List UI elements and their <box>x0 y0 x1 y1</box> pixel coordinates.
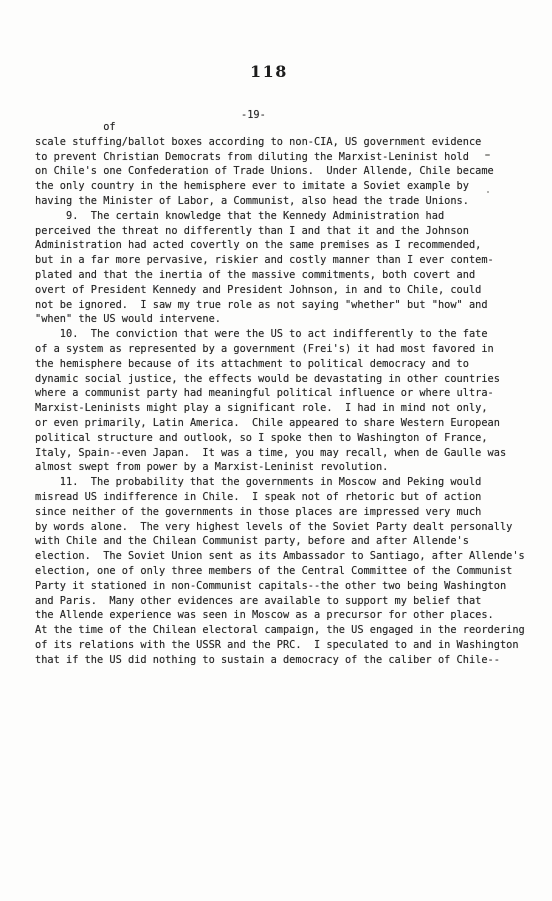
scan-artifact <box>485 154 490 156</box>
text-line: by words alone. The very highest levels … <box>35 520 540 535</box>
text-line: that if the US did nothing to sustain a … <box>35 653 540 668</box>
text-line: "when" the US would intervene. <box>35 312 540 327</box>
text-line: the Allende experience was seen in Mosco… <box>35 608 540 623</box>
text-line: but in a far more pervasive, riskier and… <box>35 253 540 268</box>
text-line: almost swept from power by a Marxist-Len… <box>35 460 540 475</box>
text-line: Marxist-Leninists might play a significa… <box>35 401 540 416</box>
text-line: 11. The probability that the governments… <box>35 475 540 490</box>
text-line: not be ignored. I saw my true role as no… <box>35 298 540 313</box>
text-line: At the time of the Chilean electoral cam… <box>35 623 540 638</box>
text-line: overt of President Kennedy and President… <box>35 283 540 298</box>
text-line: and Paris. Many other evidences are avai… <box>35 594 540 609</box>
scan-artifact <box>487 191 489 193</box>
text-line: 9. The certain knowledge that the Kenned… <box>35 209 540 224</box>
text-line: the hemisphere because of its attachment… <box>35 357 540 372</box>
text-line: Administration had acted covertly on the… <box>35 238 540 253</box>
text-line: since neither of the governments in thos… <box>35 505 540 520</box>
document-page: 118 -19- of scale stuffing/ballot boxes … <box>0 0 552 901</box>
text-line: plated and that the inertia of the massi… <box>35 268 540 283</box>
text-line: of its relations with the USSR and the P… <box>35 638 540 653</box>
text-line: where a communist party had meaningful p… <box>35 386 540 401</box>
text-line: the only country in the hemisphere ever … <box>35 179 540 194</box>
text-line: Italy, Spain--even Japan. It was a time,… <box>35 446 540 461</box>
document-body: of scale stuffing/ballot boxes according… <box>35 120 540 667</box>
text-line: Party it stationed in non-Communist capi… <box>35 579 540 594</box>
text-line: election. The Soviet Union sent as its A… <box>35 549 540 564</box>
text-line: of a system as represented by a governme… <box>35 342 540 357</box>
text-line: with Chile and the Chilean Communist par… <box>35 534 540 549</box>
text-line: dynamic social justice, the effects woul… <box>35 372 540 387</box>
text-line: 10. The conviction that were the US to a… <box>35 327 540 342</box>
text-line: scale stuffing/ballot boxes according to… <box>35 135 540 150</box>
text-line: political structure and outlook, so I sp… <box>35 431 540 446</box>
page-number: 118 <box>250 62 288 81</box>
text-line: to prevent Christian Democrats from dilu… <box>35 150 540 165</box>
text-line: or even primarily, Latin America. Chile … <box>35 416 540 431</box>
text-line: election, one of only three members of t… <box>35 564 540 579</box>
text-line: on Chile's one Confederation of Trade Un… <box>35 164 540 179</box>
text-line: misread US indifference in Chile. I spea… <box>35 490 540 505</box>
text-line: having the Minister of Labor, a Communis… <box>35 194 540 209</box>
inserted-word: of <box>35 120 540 135</box>
text-line: perceived the threat no differently than… <box>35 224 540 239</box>
